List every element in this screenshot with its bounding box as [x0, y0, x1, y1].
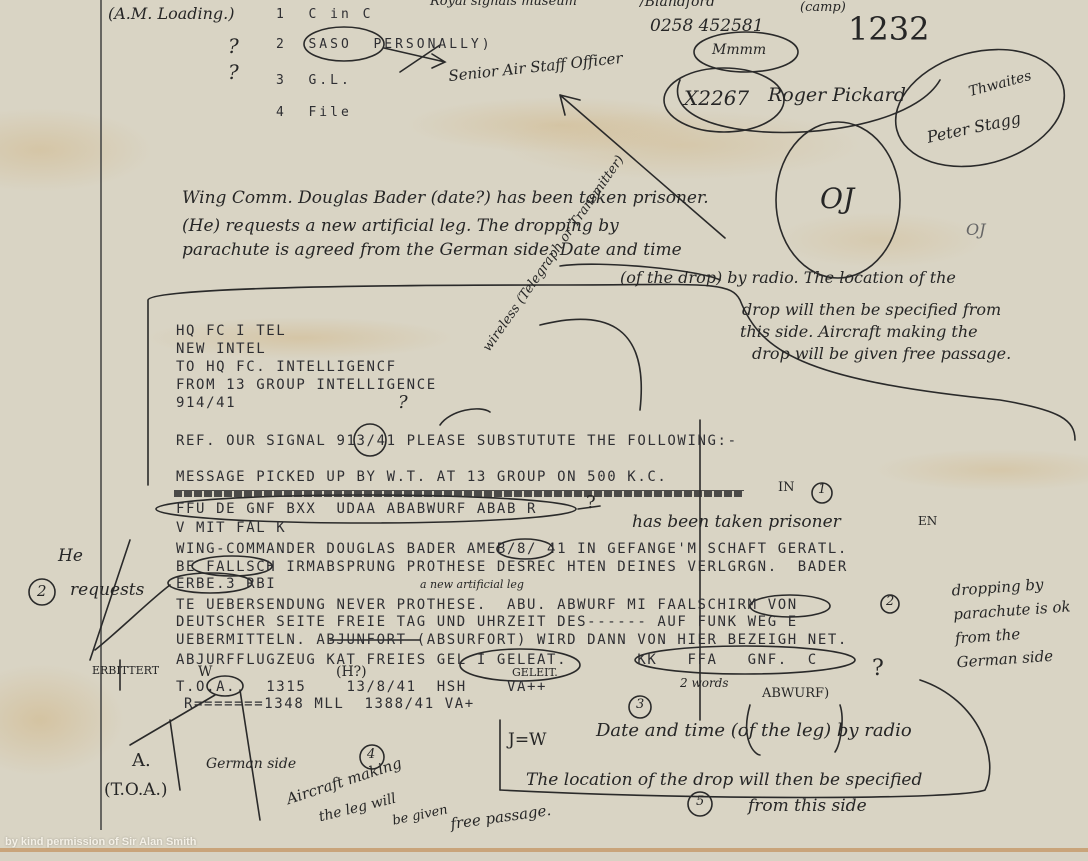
circle-4-number: 4	[367, 747, 375, 762]
blandford-note: /Blandford	[640, 0, 715, 10]
new-leg-annotation: a new artificial leg	[420, 578, 524, 591]
telegram-ref-line: REF. OUR SIGNAL 913/41 PLEASE SUBSTUTUTE…	[176, 432, 738, 450]
geleit-annotation: GELEIT.	[512, 666, 558, 679]
has-been-taken-annotation: has been taken prisoner	[632, 512, 841, 532]
from-this-side-annotation: from this side	[748, 796, 867, 816]
toa-annotation: (T.O.A.)	[104, 780, 168, 800]
telegram-body-8: UEBERMITTELN. ABJUNFORT (ABSURFORT) WIRD…	[176, 631, 848, 649]
telegram-message-line: MESSAGE PICKED UP BY W.T. AT 13 GROUP ON…	[176, 468, 667, 486]
telegram-body-5: ERBE.3 RBI	[176, 575, 276, 593]
translation-line-6: this side. Aircraft making the	[740, 322, 978, 341]
question-mark-annotation: ?	[872, 656, 884, 681]
translation-line-4: (of the drop) by radio. The location of …	[620, 268, 956, 287]
circle-2-number: 2	[37, 582, 47, 600]
telegram-header-5: 914/41	[176, 394, 236, 412]
frame-border	[0, 848, 1088, 861]
dist-item-2: 2 SASO PERSONALLY)	[276, 36, 493, 54]
dist-item-1: 1 C in C	[276, 6, 373, 24]
a-annotation: A.	[132, 750, 151, 771]
jw-annotation: J=W	[508, 730, 547, 750]
circle-2-right-number: 2	[886, 594, 894, 609]
dropping-annotation: dropping by parachute is ok from the Ger…	[951, 570, 1087, 675]
question-mark: ?	[228, 34, 239, 58]
dist-item-4: 4 File	[276, 104, 352, 122]
he-annotation: He	[58, 546, 83, 566]
telegram-footer-2: R=======1348 MLL 1388/41 VA+	[184, 695, 475, 713]
scribble-box: Mmmm	[712, 42, 766, 58]
telegram-header-3: TO HQ FC. INTELLIGENCF	[176, 358, 397, 376]
telegram-body-2: V MIT FAL K	[176, 519, 286, 537]
circle-3-number: 3	[636, 697, 644, 712]
extension-box: X2267	[684, 86, 749, 110]
telegram-footer-1: T.O.A. 1315 13/8/41 HSH VA++	[176, 678, 547, 696]
en-label: EN	[918, 514, 937, 528]
translation-line-3: parachute is agreed from the German side…	[182, 240, 682, 260]
telegram-body-6: TE UEBERSENDUNG NEVER PROTHESE. ABU. ABW…	[176, 596, 798, 614]
oj-initials-faint: OJ	[966, 220, 986, 239]
telegram-body-3: WING-COMMANDER DOUGLAS BADER AMEB/8/ 41 …	[176, 540, 848, 558]
telegram-header-2: NEW INTEL	[176, 340, 266, 358]
dashed-separator	[174, 490, 744, 497]
translation-line-5: drop will then be specified from	[742, 300, 1001, 319]
am-loading-note: (A.M. Loading.)	[108, 4, 234, 23]
telegram-header-1: HQ FC I TEL	[176, 322, 286, 340]
telegram-body-4: BE FALLSCH IRMABSPRUNG PROTHESE DESREC H…	[176, 558, 848, 576]
camp-note: (camp)	[800, 0, 846, 15]
circle-5-number: 5	[696, 794, 704, 809]
erbittert-annotation: ERBITTERT	[92, 664, 159, 677]
question-mark-annotation: ?	[398, 392, 408, 413]
credit-caption: by kind permission of Sir Alan Smith	[5, 836, 197, 848]
w-annotation: W	[198, 664, 212, 680]
date-and-time-annotation: Date and time (of the leg) by radio	[596, 720, 912, 741]
abwurf-annotation: ABWURF)	[762, 686, 829, 701]
telegram-body-7: DEUTSCHER SEITE FREIE TAG UND UHRZEIT DE…	[176, 613, 798, 631]
question-mark: ?	[228, 60, 239, 84]
phone-number: 0258 452581	[650, 16, 764, 36]
oj-initials: OJ	[820, 182, 854, 215]
german-side-annotation: German side	[206, 756, 296, 772]
h-annotation: (H?)	[336, 664, 367, 680]
two-words-annotation: 2 words	[680, 676, 729, 690]
telegram-body-1: FFU DE GNF BXX UDAA ABABWURF ABAB R	[176, 500, 537, 518]
telegram-body-9: ABJURFFLUGZEUG KAT FREIES GEL I GELEAT. …	[176, 651, 818, 669]
circle-1-number: 1	[818, 482, 826, 497]
in-label: IN	[778, 480, 795, 495]
translation-line-2: (He) requests a new artificial leg. The …	[182, 216, 619, 236]
question-mark-annotation: ?	[586, 492, 596, 513]
translation-line-7: drop will be given free passage.	[752, 344, 1011, 363]
location-annotation: The location of the drop will then be sp…	[526, 770, 922, 790]
roger-pickard: Roger Pickard	[768, 84, 906, 106]
translation-line-1: Wing Comm. Douglas Bader (date?) has bee…	[182, 188, 709, 208]
royal-signals-note: Royal signals museum	[430, 0, 577, 9]
ref-number: 1232	[848, 10, 929, 48]
dist-item-3: 3 G.L.	[276, 72, 352, 90]
requests-annotation: requests	[70, 580, 144, 600]
margin-line	[100, 0, 102, 830]
